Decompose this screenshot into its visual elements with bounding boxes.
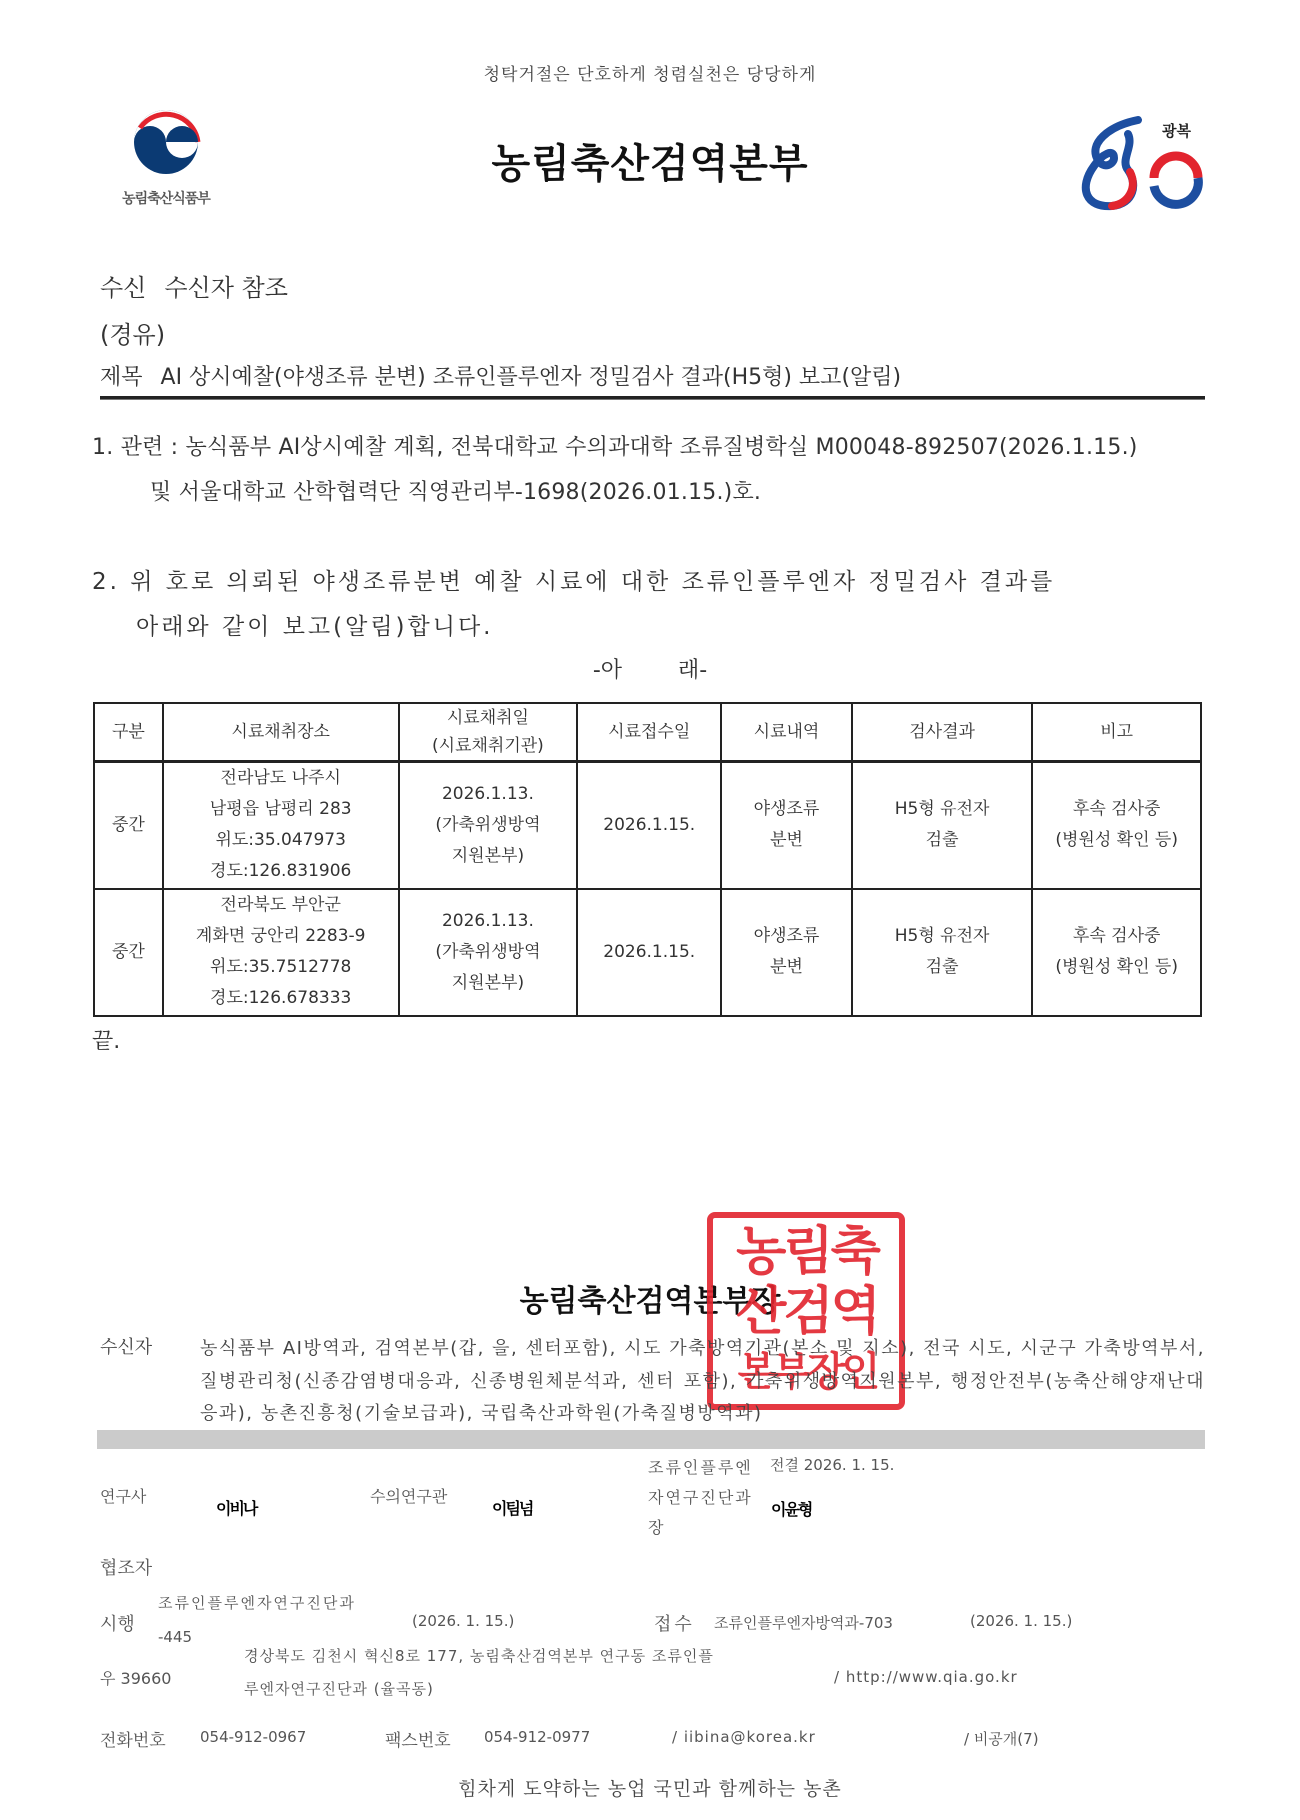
col-header-location: 시료채취장소 [163, 703, 399, 762]
item-2-line-1: 2. 위 호로 의뢰된 야생조류분변 예찰 시료에 대한 조류인플루엔자 정밀검… [92, 563, 1055, 596]
approver-role: 조류인플루엔 자연구진단과 장 [648, 1453, 753, 1543]
col-header-receipt-date: 시료접수일 [577, 703, 721, 762]
recipient-value: 수신자 참조 [164, 274, 288, 302]
cell-location: 전라남도 나주시남평읍 남평리 283위도:35.047973경도:126.83… [163, 762, 399, 889]
liberation-80th-emblem-icon: 광복 [1068, 104, 1218, 214]
cell-category: 중간 [94, 889, 163, 1016]
subject-value: AI 상시예찰(야생조류 분변) 조류인플루엔자 정밀검사 결과(H5형) 보고… [161, 365, 902, 390]
col-header-collect-date: 시료채취일 (시료채취기관) [399, 703, 578, 762]
drafter-name: 이비나 [216, 1496, 256, 1519]
website-link[interactable]: / http://www.qia.go.kr [834, 1668, 1018, 1686]
approver-name: 이윤형 [771, 1497, 811, 1520]
approver-decision: 전결 2026. 1. 15. [770, 1454, 894, 1475]
address-line-2: 루엔자연구진단과 (율곡동) [244, 1678, 434, 1699]
receipt-date: (2026. 1. 15.) [970, 1612, 1072, 1630]
cell-collect-date: 2026.1.13.(가축위생방역지원본부) [399, 889, 578, 1016]
col-header-note: 비고 [1032, 703, 1201, 762]
disclosure-status: / 비공개(7) [964, 1728, 1039, 1749]
cell-receipt-date: 2026.1.15. [577, 889, 721, 1016]
phone-number: 054-912-0967 [200, 1728, 306, 1746]
enforce-doc-number: 조류인플루엔자연구진단과 [158, 1592, 356, 1613]
item-2-line-2: 아래와 같이 보고(알림)합니다. [136, 608, 494, 641]
enforce-label: 시행 [100, 1610, 135, 1636]
fax-label: 팩스번호 [385, 1726, 451, 1751]
reviewer-role: 수의연구관 [370, 1484, 447, 1507]
cell-note: 후속 검사중(병원성 확인 등) [1032, 762, 1201, 889]
fax-number: 054-912-0977 [484, 1728, 590, 1746]
inspection-result-table: 구분 시료채취장소 시료채취일 (시료채취기관) 시료접수일 시료내역 검사결과… [93, 702, 1202, 1017]
postal-code: 우 39660 [100, 1666, 171, 1689]
table-row: 중간 전라북도 부안군계화면 궁안리 2283-9위도:35.7512778경도… [94, 889, 1201, 1016]
subject-line: 제목AI 상시예찰(야생조류 분변) 조류인플루엔자 정밀검사 결과(H5형) … [100, 360, 901, 391]
cell-category: 중간 [94, 762, 163, 889]
recipient-line: 수신수신자 참조 [100, 268, 288, 303]
phone-label: 전화번호 [100, 1726, 166, 1751]
email-link[interactable]: / iibina@korea.kr [672, 1728, 816, 1746]
header-separator [100, 396, 1205, 400]
col-header-category: 구분 [94, 703, 163, 762]
table-row: 중간 전라남도 나주시남평읍 남평리 283위도:35.047973경도:126… [94, 762, 1201, 889]
col-header-sample: 시료내역 [721, 703, 852, 762]
recipients-list: 농식품부 AI방역과, 검역본부(갑, 을, 센터포함), 시도 가축방역기관(… [200, 1333, 1205, 1431]
cell-result: H5형 유전자검출 [852, 762, 1033, 889]
address-line-1: 경상북도 김천시 혁신8로 177, 농림축산검역본부 연구동 조류인플 [244, 1645, 714, 1666]
cell-result: H5형 유전자검출 [852, 889, 1033, 1016]
cell-receipt-date: 2026.1.15. [577, 762, 721, 889]
enforce-doc-suffix: -445 [158, 1628, 192, 1646]
cell-sample: 야생조류분변 [721, 889, 852, 1016]
receipt-label: 접수 [654, 1610, 695, 1636]
issuer-title: 농림축산검역본부장 [0, 1276, 1300, 1320]
cell-note: 후속 검사중(병원성 확인 등) [1032, 889, 1201, 1016]
cell-location: 전라북도 부안군계화면 궁안리 2283-9위도:35.7512778경도:12… [163, 889, 399, 1016]
item-1-line-1: 1. 관련 : 농식품부 AI상시예찰 계획, 전북대학교 수의과대학 조류질병… [92, 430, 1138, 461]
section-divider-bar [97, 1430, 1205, 1449]
col-header-result: 검사결과 [852, 703, 1033, 762]
ministry-logo-label: 농림축산식품부 [96, 188, 236, 208]
cell-collect-date: 2026.1.13.(가축위생방역지원본부) [399, 762, 578, 889]
recipients-label: 수신자 [100, 1333, 152, 1359]
receipt-doc-number: 조류인플루엔자방역과-703 [714, 1612, 893, 1633]
integrity-slogan: 청탁거절은 단호하게 청렴실천은 당당하게 [0, 60, 1300, 85]
via-line: (경유) [100, 315, 165, 350]
subject-label: 제목 [100, 360, 143, 391]
table-header-row: 구분 시료채취장소 시료채취일 (시료채취기관) 시료접수일 시료내역 검사결과… [94, 703, 1201, 762]
ministry-slogan: 힘차게 도약하는 농업 국민과 함께하는 농촌 [0, 1774, 1300, 1801]
recipient-label: 수신 [100, 268, 146, 303]
liberation-logo-label: 광복 [1161, 122, 1191, 140]
enforce-date: (2026. 1. 15.) [412, 1612, 514, 1630]
cell-sample: 야생조류분변 [721, 762, 852, 889]
end-mark: 끝. [92, 1024, 120, 1055]
drafter-role: 연구사 [100, 1484, 146, 1507]
liberation-80-logo: 광복 [1068, 104, 1218, 214]
reviewer-name: 이팀넘 [492, 1496, 532, 1519]
cooperator-label: 협조자 [100, 1554, 152, 1580]
item-1-line-2: 및 서울대학교 산학협력단 직영관리부-1698(2026.01.15.)호. [150, 475, 761, 506]
below-mark: -아 래- [0, 653, 1300, 684]
